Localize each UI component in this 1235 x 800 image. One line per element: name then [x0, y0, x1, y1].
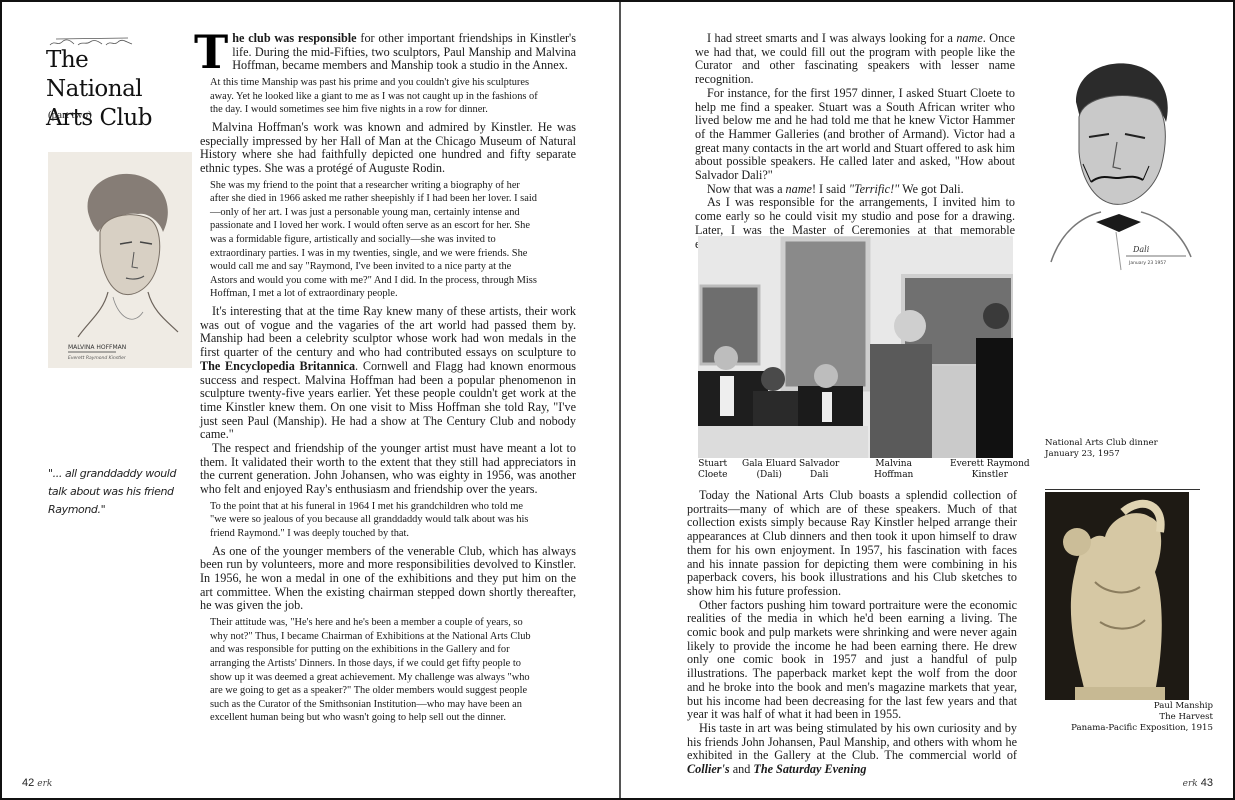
emphasis: name: [786, 182, 812, 196]
paragraph-r1: I had street smarts and I was always loo…: [695, 32, 1015, 87]
photo-label: Everett RaymondKinstler: [950, 459, 1030, 481]
page-number: 42: [22, 777, 34, 789]
caption-line: Paul Manship: [1154, 701, 1213, 711]
harvest-sculpture-image: [1045, 492, 1189, 700]
publication-title: The Saturday Evening: [753, 762, 866, 776]
label-line: Dali: [810, 470, 828, 480]
paragraph-4: The respect and friendship of the younge…: [200, 442, 576, 497]
sculpture-caption: Paul Manship The Harvest Panama-Pacific …: [1013, 701, 1213, 734]
paragraph-r2: For instance, for the first 1957 dinner,…: [695, 87, 1015, 183]
erk-logo-icon: erk: [1183, 779, 1198, 789]
photo-people-labels: StuartCloete Gala Eluard(Dali) SalvadorD…: [698, 459, 1038, 487]
left-page: The National Arts Club (part two) MALVIN…: [2, 2, 619, 798]
emphasis: "Terrific!": [849, 182, 899, 196]
photo-label: SalvadorDali: [799, 459, 839, 481]
paragraph-2: Malvina Hoffman's work was known and adm…: [200, 121, 576, 176]
book-title-bold: The Encyclopedia Britannica: [200, 359, 355, 373]
paragraph-text: ! I said: [812, 182, 849, 196]
right-text-column-bottom: Today the National Arts Club boasts a sp…: [687, 489, 1017, 777]
paragraph-3: It's interesting that at the time Ray kn…: [200, 305, 576, 442]
title-line-1: The National: [46, 47, 142, 102]
paragraph-r7: His taste in art was being stimulated by…: [687, 722, 1017, 777]
emphasis: name: [956, 31, 982, 45]
photo-label: MalvinaHoffman: [874, 459, 913, 481]
caption-line: National Arts Club dinner: [1045, 438, 1158, 448]
drop-cap: T: [194, 32, 228, 72]
label-line: Kinstler: [972, 470, 1008, 480]
label-line: Salvador: [799, 459, 839, 469]
svg-text:January 23 1957: January 23 1957: [1128, 260, 1166, 266]
label-line: Everett Raymond: [950, 459, 1030, 469]
paragraph-text: It's interesting that at the time Ray kn…: [200, 304, 576, 359]
caption-line: The Harvest: [1159, 712, 1213, 722]
paragraph-r6: Other factors pushing him toward portrai…: [687, 599, 1017, 722]
label-line: (Dali): [756, 470, 781, 480]
label-line: Hoffman: [874, 470, 913, 480]
paragraph-r3: Now that was a name! I said "Terrific!" …: [695, 183, 1015, 197]
publication-title: Collier's: [687, 762, 730, 776]
photo-label: Gala Eluard(Dali): [742, 459, 796, 481]
page-number-right: erk43: [1180, 777, 1213, 789]
paragraph-text: We got Dali.: [899, 182, 963, 196]
block-quote-2: She was my friend to the point that a re…: [200, 179, 576, 301]
page-number: 43: [1201, 777, 1213, 789]
lead-in-bold: he club was responsible: [232, 31, 356, 45]
dinner-photo-image: [698, 236, 1013, 458]
label-line: Cloete: [698, 470, 727, 480]
caption-line: January 23, 1957: [1045, 449, 1120, 459]
erk-logo-icon: erk: [37, 779, 52, 789]
paragraph-text: I had street smarts and I was always loo…: [707, 31, 956, 45]
svg-text:MALVINA HOFFMAN: MALVINA HOFFMAN: [68, 344, 126, 351]
label-line: Gala Eluard: [742, 459, 796, 469]
caption-rule: [1045, 489, 1200, 490]
dali-portrait-image: Dali January 23 1957: [1021, 42, 1206, 272]
page-number-left: 42erk: [22, 777, 55, 789]
paragraph-text: and: [730, 762, 754, 776]
book-spread: The National Arts Club (part two) MALVIN…: [0, 0, 1235, 800]
dinner-photo-caption: National Arts Club dinner January 23, 19…: [1045, 438, 1158, 460]
block-quote-4: Their attitude was, "He's here and he's …: [200, 616, 576, 725]
svg-text:Everett Raymond Kinstler: Everett Raymond Kinstler: [68, 355, 127, 361]
paragraph-text: His taste in art was being stimulated by…: [687, 721, 1017, 762]
portrait-sketch-icon: MALVINA HOFFMAN Everett Raymond Kinstler: [48, 152, 192, 368]
pull-quote: "... all granddaddy would talk about was…: [48, 465, 178, 519]
paragraph-5: As one of the younger members of the ven…: [200, 545, 576, 614]
block-quote-3: To the point that at his funeral in 1964…: [200, 500, 576, 541]
paragraph-text: Now that was a: [707, 182, 786, 196]
label-line: Stuart: [698, 459, 727, 469]
paragraph-1: The club was responsible for other impor…: [200, 32, 576, 73]
left-text-column: The club was responsible for other impor…: [200, 32, 576, 729]
paragraph-r5: Today the National Arts Club boasts a sp…: [687, 489, 1017, 599]
hoffman-portrait-image: MALVINA HOFFMAN Everett Raymond Kinstler: [48, 152, 192, 368]
right-page: I had street smarts and I was always loo…: [621, 2, 1235, 798]
caption-line: Panama-Pacific Exposition, 1915: [1071, 723, 1213, 733]
chapter-subtitle: (part two): [48, 109, 92, 121]
right-text-column-top: I had street smarts and I was always loo…: [695, 32, 1015, 251]
photo-label: StuartCloete: [698, 459, 727, 481]
svg-text:Dali: Dali: [1132, 245, 1150, 254]
block-quote-1: At this time Manship was past his prime …: [200, 76, 576, 117]
label-line: Malvina: [875, 459, 912, 469]
